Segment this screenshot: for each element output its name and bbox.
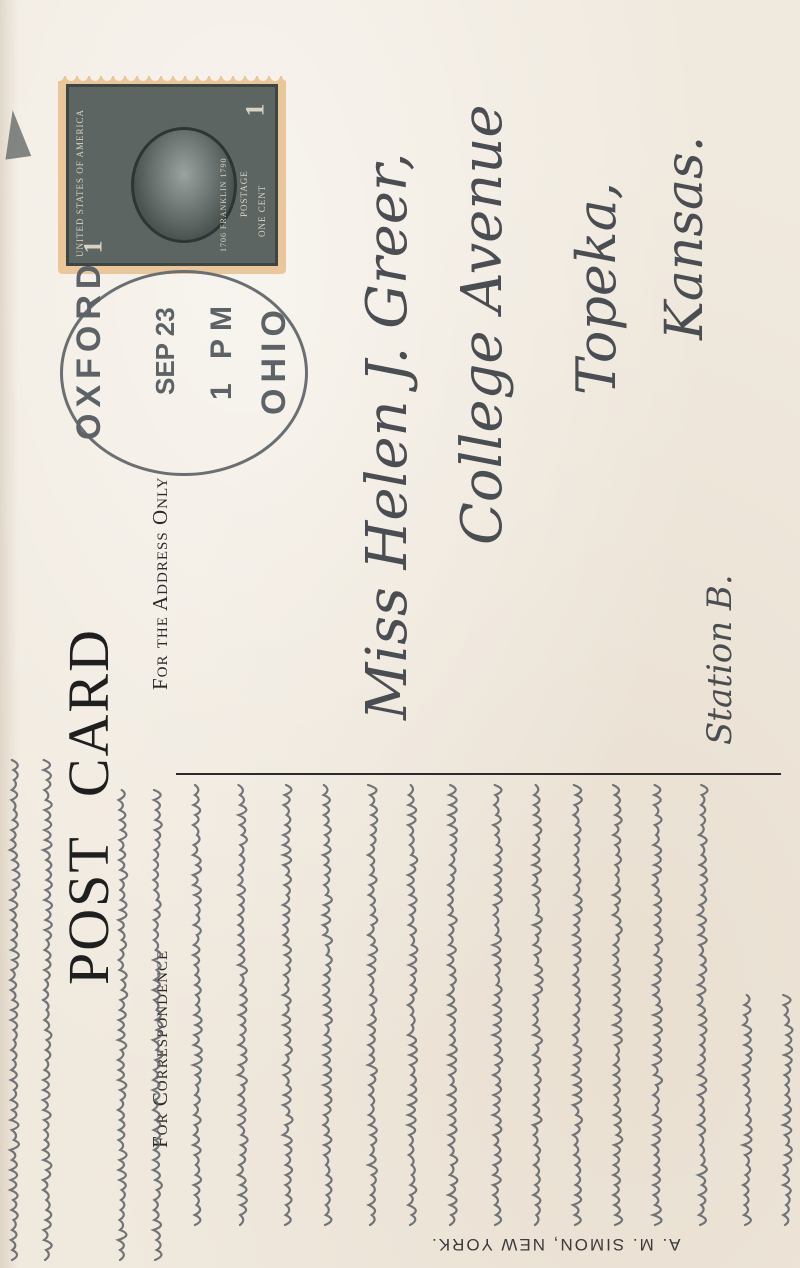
publisher-imprint: A. M. SIMON, NEW YORK. (430, 1234, 681, 1254)
postcard-back: UNITED STATES OF AMERICA ONE CENT POSTAG… (0, 0, 800, 1268)
handwritten-message (0, 0, 800, 1268)
